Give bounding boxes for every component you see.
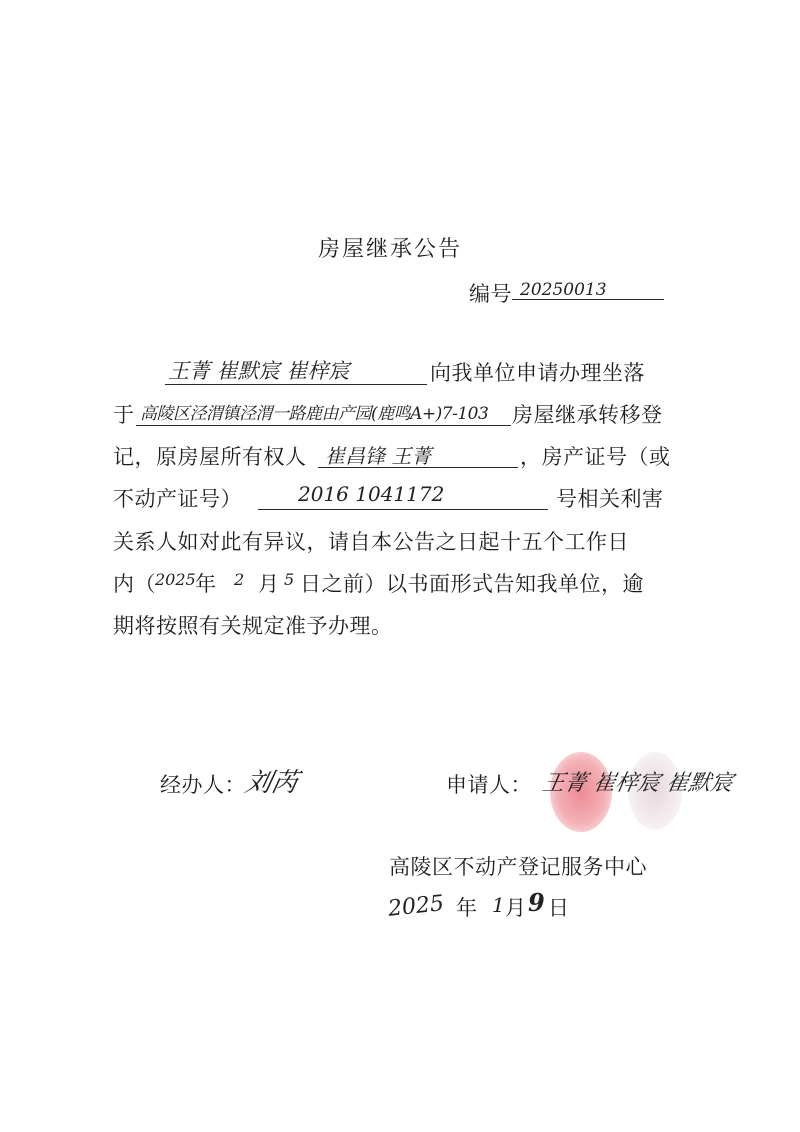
paragraph-line-2-prefix: 于: [113, 399, 135, 429]
owners-underline: [318, 467, 518, 468]
handler-signature: 刘芮: [242, 762, 302, 799]
paragraph-line-2-suffix: 房屋继承转移登: [512, 399, 663, 429]
handler-label: 经办人：: [160, 769, 246, 799]
date-year-unit: 年: [456, 892, 478, 922]
paragraph-line-6-prefix: 内（: [113, 568, 156, 598]
paragraph-line-6-suffix: 日之前）以书面形式告知我单位，逾: [300, 568, 644, 598]
applicant-label: 申请人：: [446, 769, 532, 799]
address-underline: [136, 425, 511, 426]
paragraph-line-7: 期将按照有关规定准予办理。: [113, 610, 393, 640]
date-year-handwritten: 2025: [387, 891, 445, 922]
paragraph-line-3-prefix: 记，原房屋所有权人: [113, 441, 307, 471]
number-value: 20250013: [520, 280, 607, 300]
issuer-name: 高陵区不动产登记服务中心: [389, 851, 647, 881]
applicants-underline: [165, 384, 427, 385]
original-owners-handwritten: 崔昌锋 王菁: [325, 440, 431, 469]
deadline-year-unit: 年: [195, 568, 217, 598]
deadline-day-handwritten: 5: [284, 570, 294, 589]
deadline-year-handwritten: 2025: [155, 570, 196, 589]
paragraph-line-4-suffix: 号相关利害: [556, 483, 664, 513]
paragraph-line-3-suffix: ，房产证号（或: [520, 441, 671, 471]
document-title: 房屋继承公告: [318, 232, 462, 263]
date-month-handwritten: 1: [492, 893, 505, 917]
applicants-handwritten: 王菁 崔默宸 崔梓宸: [168, 355, 349, 385]
paragraph-line-5: 关系人如对此有异议，请自本公告之日起十五个工作日: [113, 526, 629, 556]
deadline-month-unit: 月: [258, 568, 280, 598]
certificate-number-handwritten: 2016 1041172: [298, 482, 444, 506]
applicant-signatures: 王菁 崔梓宸 崔默宸: [540, 766, 735, 797]
number-label: 编号: [469, 278, 512, 308]
deadline-month-handwritten: 2: [234, 570, 244, 589]
certificate-underline: [258, 509, 548, 510]
date-day-handwritten: 9: [528, 888, 545, 917]
date-day-unit: 日: [548, 892, 570, 922]
paragraph-line-1: 向我单位申请办理坐落: [430, 357, 645, 387]
number-underline: [512, 299, 664, 300]
address-handwritten: 高陵区泾渭镇泾渭一路鹿由产园(鹿鸣A+)7-103: [140, 399, 488, 424]
date-month-unit: 月: [505, 892, 527, 922]
paragraph-line-4-prefix: 不动产证号）: [113, 483, 242, 513]
